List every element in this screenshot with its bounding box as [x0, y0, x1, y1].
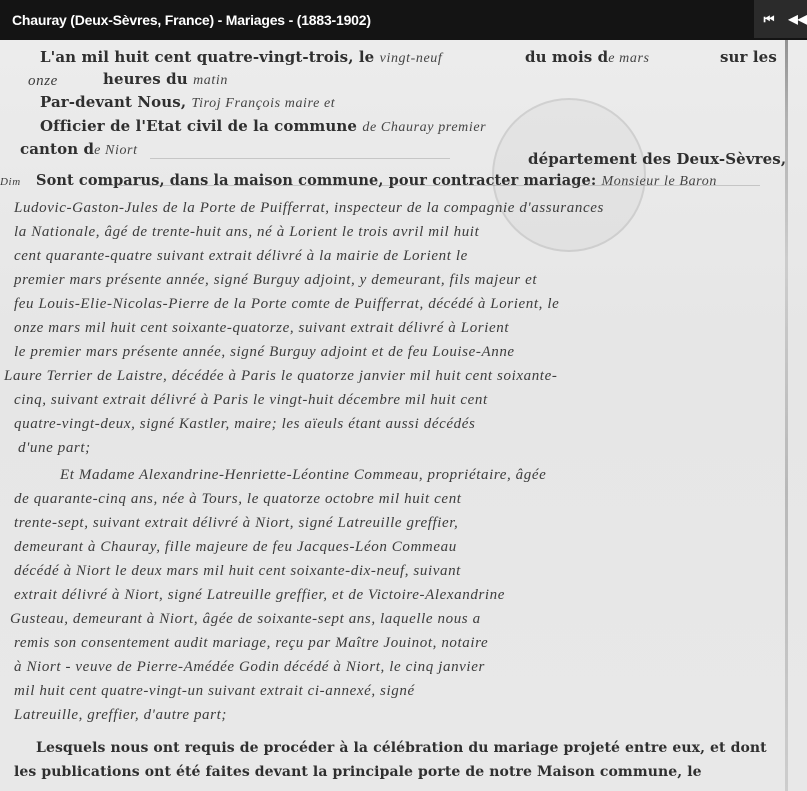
handwritten-line: mil huit cent quatre-vingt-un suivant ex…: [14, 683, 415, 700]
handwritten-line: trente-sept, suivant extrait délivré à N…: [14, 515, 458, 532]
handwritten-line: d'une part;: [18, 440, 91, 457]
text-line: canton de Niort: [20, 140, 138, 159]
handwritten-officer: Tiroj François maire et: [191, 96, 335, 111]
handwritten-line: Et Madame Alexandrine-Henriette-Léontine…: [60, 467, 546, 484]
register-title: Chauray (Deux-Sèvres, France) - Mariages…: [0, 12, 371, 28]
page-navigation: ⏮ ◀◀: [754, 0, 807, 38]
handwritten-canton: e Niort: [94, 143, 137, 158]
handwritten-groom-intro: Monsieur le Baron: [601, 174, 716, 189]
handwritten-hour: onze: [28, 73, 58, 90]
handwritten-line: Ludovic-Gaston-Jules de la Porte de Puif…: [14, 200, 604, 217]
text-line: heures du matin: [103, 70, 228, 89]
printed-line: Lesquels nous ont requis de procéder à l…: [36, 740, 767, 756]
printed-text: heures du: [103, 70, 188, 88]
handwritten-day: vingt-neuf: [380, 51, 443, 66]
handwritten-line: premier mars présente année, signé Burgu…: [14, 272, 537, 289]
handwritten-commune: de Chauray premier: [362, 120, 486, 135]
printed-text: Par-devant Nous,: [40, 93, 186, 111]
handwritten-time: matin: [193, 73, 228, 88]
document-scan[interactable]: L'an mil huit cent quatre-vingt-trois, l…: [0, 40, 807, 791]
printed-text: sur les: [720, 48, 777, 66]
handwritten-line: demeurant à Chauray, fille majeure de fe…: [14, 539, 457, 556]
printed-text: canton d: [20, 140, 94, 158]
handwritten-line: onze mars mil huit cent soixante-quatorz…: [14, 320, 509, 337]
printed-text: département des Deux-Sèvres,: [528, 150, 786, 168]
margin-note: Dim: [0, 176, 21, 188]
handwritten-month: e mars: [608, 51, 649, 66]
handwritten-line: Gusteau, demeurant à Niort, âgée de soix…: [10, 611, 481, 628]
text-line: L'an mil huit cent quatre-vingt-trois, l…: [40, 48, 442, 67]
viewer-header: Chauray (Deux-Sèvres, France) - Mariages…: [0, 0, 807, 40]
handwritten-line: Latreuille, greffier, d'autre part;: [14, 707, 227, 724]
text-line: département des Deux-Sèvres,: [528, 150, 786, 168]
handwritten-line: feu Louis-Elie-Nicolas-Pierre de la Port…: [14, 296, 559, 313]
text-line: du mois de mars: [525, 48, 650, 67]
handwritten-line: extrait délivré à Niort, signé Latreuill…: [14, 587, 505, 604]
ruled-line: [100, 185, 760, 186]
handwritten-line: Laure Terrier de Laistre, décédée à Pari…: [4, 368, 557, 385]
first-page-icon[interactable]: ⏮: [754, 0, 784, 38]
handwritten-line: la Nationale, âgé de trente-huit ans, né…: [14, 224, 479, 241]
handwritten-line: cinq, suivant extrait délivré à Paris le…: [14, 392, 488, 409]
handwritten-line: remis son consentement audit mariage, re…: [14, 635, 488, 652]
printed-text: L'an mil huit cent quatre-vingt-trois, l…: [40, 48, 374, 66]
text-line: Par-devant Nous, Tiroj François maire et: [40, 93, 335, 112]
text-line: Officier de l'Etat civil de la commune d…: [40, 117, 486, 136]
handwritten-line: cent quarante-quatre suivant extrait dél…: [14, 248, 468, 265]
ruled-line: [150, 158, 450, 159]
handwritten-line: le premier mars présente année, signé Bu…: [14, 344, 515, 361]
printed-line: les publications ont été faites devant l…: [14, 764, 702, 780]
handwritten-line: décédé à Niort le deux mars mil huit cen…: [14, 563, 461, 580]
text-line: sur les: [720, 48, 777, 66]
printed-text: Sont comparus, dans la maison commune, p…: [36, 172, 596, 189]
handwritten-line: de quarante-cinq ans, née à Tours, le qu…: [14, 491, 462, 508]
printed-text: du mois d: [525, 48, 608, 66]
previous-page-icon[interactable]: ◀◀: [784, 0, 807, 38]
handwritten-line: à Niort - veuve de Pierre-Amédée Godin d…: [14, 659, 485, 676]
handwritten-line: quatre-vingt-deux, signé Kastler, maire;…: [14, 416, 475, 433]
printed-text: Officier de l'Etat civil de la commune: [40, 117, 357, 135]
text-line: Sont comparus, dans la maison commune, p…: [36, 172, 717, 190]
